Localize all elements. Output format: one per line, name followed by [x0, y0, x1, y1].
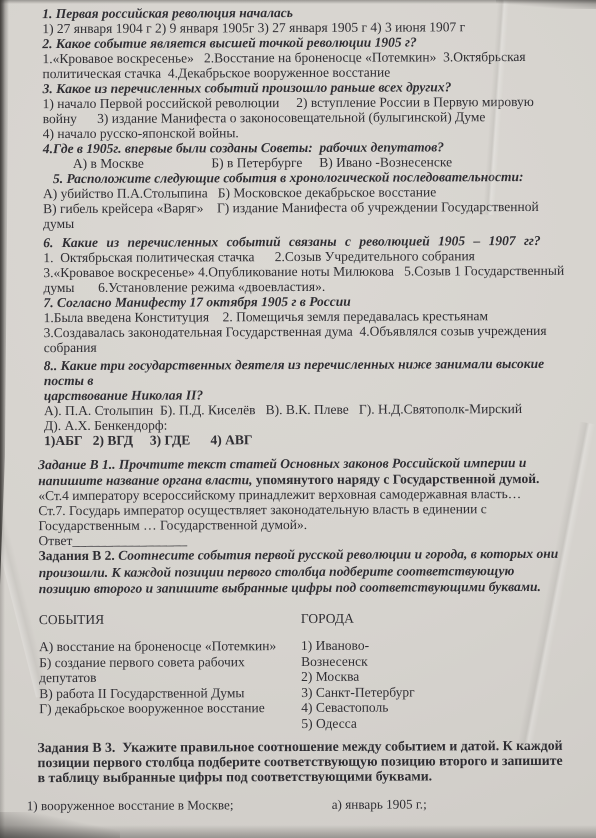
- task-b3-date-item: а) январь 1905 г.;: [332, 796, 427, 812]
- photo-left-edge-soft-shadow: [0, 0, 5, 838]
- question-5-heading: 5. Расположите следующие события в хроно…: [43, 169, 575, 186]
- question-7-options-line3: собрания: [44, 338, 576, 355]
- event-item-b: Б) создание первого совета рабочих депут…: [39, 653, 301, 685]
- question-8-heading-line1: 8.. Какие три государственных деятеля из…: [44, 356, 576, 388]
- task-b3-heading-line3: в таблицу выбранные цифры под соответств…: [38, 768, 578, 786]
- question-8-options-line1: А). П.А. Столыпин Б). П.Д. Киселёв В). В…: [44, 401, 576, 418]
- question-3-options-line1: 1) начало Первой российской революции 2)…: [43, 94, 575, 111]
- task-b1-heading-bold: упомянутого наряду с Государственной дум…: [252, 471, 539, 487]
- question-6-heading: 6. Какие из перечисленных событий связан…: [43, 233, 575, 250]
- events-column: СОБЫТИЯ А) восстание на броненосце «Поте…: [39, 610, 302, 732]
- question-2-options-line1: 1.«Кровавое воскресенье» 2.Восстание на …: [42, 49, 574, 66]
- city-item-2: 2) Москва: [301, 668, 577, 685]
- event-item-g: Г) декабрьское вооруженное восстание: [39, 700, 301, 717]
- document-page: 1. Первая российская революция началась …: [0, 0, 596, 838]
- task-b2-heading-italic1: Соотнесите события первой русской револю…: [118, 546, 558, 563]
- question-5-options-line2: В) гибель крейсера «Варяг» Г) издание Ма…: [43, 199, 575, 216]
- event-item-a: А) восстание на броненосце «Потемкин»: [39, 638, 301, 655]
- question-5-options-line3: думы: [43, 214, 575, 231]
- city-item-4: 4) Севастополь: [301, 699, 577, 716]
- city-item-1-line1: 1) Иваново-: [301, 637, 577, 654]
- task-b1-heading-italic: напишите название органа власти,: [38, 472, 252, 488]
- photo-top-right-corner-shadow: [496, 0, 596, 9]
- city-item-3: 3) Санкт-Петербург: [301, 683, 577, 700]
- photo-background: 1. Первая российская революция началась …: [0, 0, 596, 838]
- task-b3-event-item: 1) вооруженное восстание в Москве;: [27, 796, 332, 813]
- question-7-options-line2: 3.Создавалась законодательная Государств…: [44, 323, 576, 340]
- city-item-1-line2: Вознесенск: [301, 652, 577, 669]
- question-6-options-line2: 3.«Кровавое воскресенье» 4.Опубликование…: [43, 263, 575, 280]
- task-b1-section: Задание В 1.. Прочтите текст статей Осно…: [38, 454, 576, 548]
- task-b3-section: Задания В 3. Укажите правильное соотноше…: [37, 738, 577, 813]
- task-b2-heading-line1: Задания В 2. Соотнесите события первой р…: [39, 546, 577, 565]
- task-b1-answer-blank: _________________: [72, 532, 187, 548]
- task-b1-answer-label: Ответ: [38, 533, 72, 548]
- event-item-v: В) работа II Государственной Думы: [39, 684, 301, 701]
- photo-bottom-left-corner-shadow: [0, 812, 120, 838]
- task-b3-match-row: 1) вооруженное восстание в Москве; а) ян…: [27, 795, 578, 813]
- task-b2-heading-line3: позицию второго и запишите выбранные циф…: [39, 579, 577, 598]
- questions-section: 1. Первая российская революция началась …: [42, 4, 576, 448]
- events-column-header: СОБЫТИЯ: [39, 610, 301, 627]
- city-item-5: 5) Одесса: [301, 714, 577, 731]
- task-b2-label: Задания В 2.: [39, 548, 119, 563]
- task-b2-match-table: СОБЫТИЯ А) восстание на броненосце «Поте…: [39, 609, 578, 732]
- question-8-answer-variants: 1)АБГ 2) ВГД 3) ГДЕ 4) АВГ: [44, 431, 576, 448]
- task-b2-section: Задания В 2. Соотнесите события первой р…: [39, 546, 578, 732]
- task-b3-heading-line2: позиции первого столбца подберите соотве…: [37, 753, 577, 771]
- task-b1-quote-line1: «Ст.4 императору всероссийскому принадле…: [38, 486, 576, 503]
- cities-column: ГОРОДА 1) Иваново- Вознесенск 2) Москва …: [301, 609, 578, 731]
- cities-column-header: ГОРОДА: [301, 609, 577, 626]
